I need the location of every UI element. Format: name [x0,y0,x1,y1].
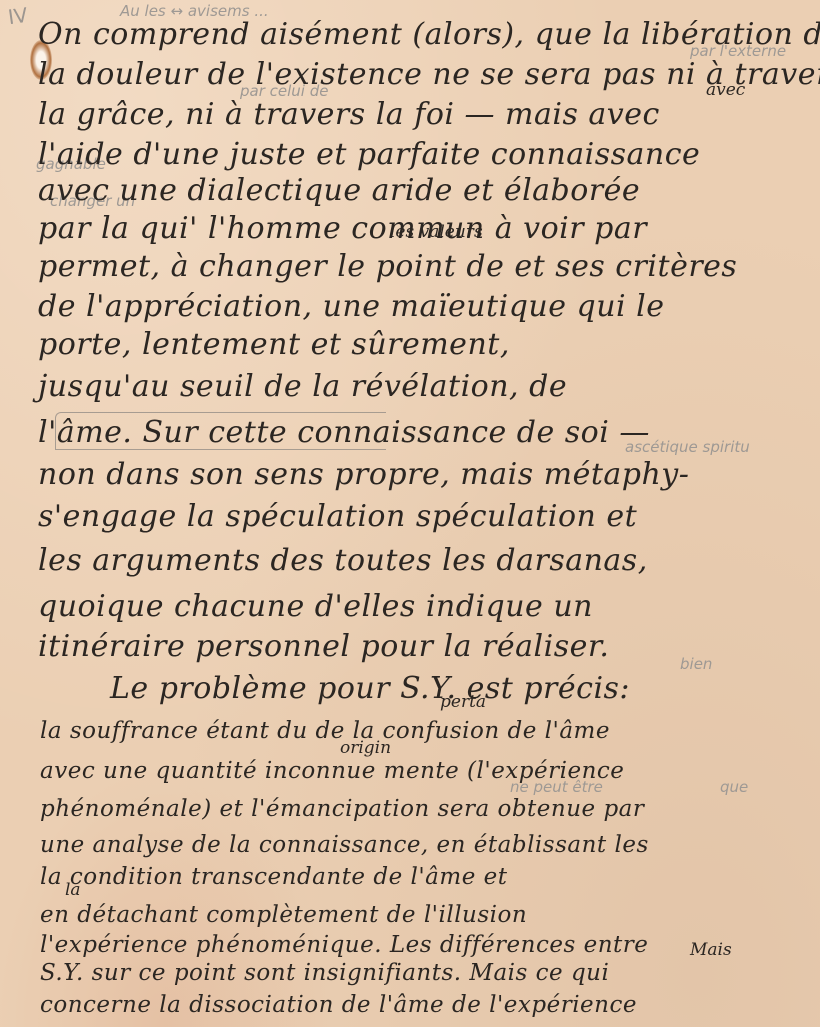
manuscript-page: IV Au les ↔ avisems ... par l'externe pa… [0,0,820,1027]
manuscript-line-heading: Le problème pour S.Y. est précis: [110,674,810,704]
manuscript-line: en détachant complètement de l'illusion [40,904,810,927]
manuscript-line: permet, à changer le point de et ses cri… [38,252,810,282]
manuscript-line: non dans son sens propre, mais métaphy- [38,460,810,490]
manuscript-line: s'engage la spéculation spéculation et [38,502,810,532]
manuscript-line: porte, lentement et sûrement, [38,330,810,360]
manuscript-line: la souffrance étant du de la confusion d… [40,720,810,743]
manuscript-line: phénoménale) et l'émancipation sera obte… [40,798,810,821]
manuscript-line: une analyse de la connaissance, en établ… [40,834,810,857]
manuscript-line: On comprend aisément (alors), que la lib… [38,20,810,50]
manuscript-line: avec une dialectique aride et élaborée [38,176,810,206]
manuscript-line: itinéraire personnel pour la réaliser. [38,632,810,662]
manuscript-line: quoique chacune d'elles indique un [38,592,810,622]
manuscript-line: la grâce, ni à travers la foi — mais ave… [38,100,810,130]
margin-page-mark: IV [6,3,29,29]
manuscript-line: l'âme. Sur cette connaissance de soi — [38,418,810,448]
manuscript-line: jusqu'au seuil de la révélation, de [38,372,810,402]
manuscript-line: la condition transcendante de l'âme et [40,866,810,889]
manuscript-line: les arguments des toutes les darsanas, [38,546,810,576]
manuscript-line: par la qui' l'homme commun à voir par [38,214,810,244]
manuscript-line: l'expérience phénoménique. Les différenc… [40,934,810,957]
manuscript-line: l'aide d'une juste et parfaite connaissa… [38,140,810,170]
manuscript-line: avec une quantité inconnue mente (l'expé… [40,760,810,783]
manuscript-line: concerne la dissociation de l'âme de l'e… [40,994,810,1017]
manuscript-line: la douleur de l'existence ne se sera pas… [38,60,810,90]
manuscript-line: S.Y. sur ce point sont insignifiants. Ma… [40,962,810,985]
manuscript-line: de l'appréciation, une maïeutique qui le [38,292,810,322]
